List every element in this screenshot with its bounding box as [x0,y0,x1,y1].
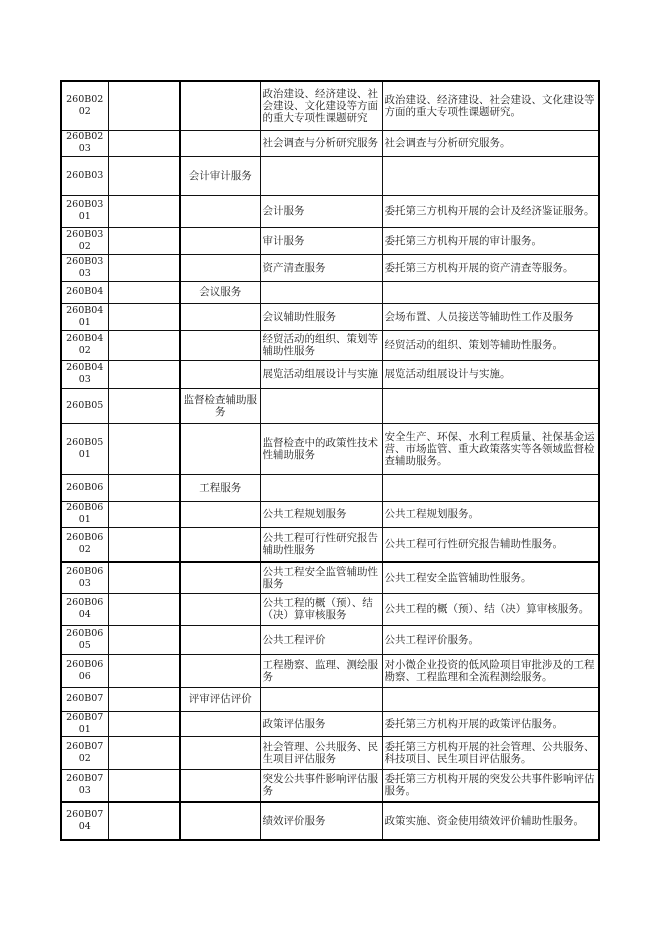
category-cell[interactable] [180,360,260,388]
blank-cell[interactable] [108,281,180,303]
blank-cell[interactable] [108,254,180,281]
table-row: 260B0402 经贸活动的组织、策划等辅助性服务 经贸活动的组织、策划等辅助性… [61,330,599,360]
item-name: 政治建设、经济建设、社会建设、文化建设等方面的重大专项性课题研究 [263,88,379,124]
description-cell[interactable]: 公共工程可行性研究报告辅助性服务。 [382,527,599,562]
item-name-cell[interactable] [260,687,382,711]
category-cell[interactable] [180,303,260,330]
description-cell[interactable]: 委托第三方机构开展的突发公共事件影响评估服务。 [382,769,599,802]
item-name: 社会调查与分析研究服务 [263,137,379,149]
category-cell[interactable] [180,423,260,474]
table-row: 260B0703 突发公共事件影响评估服务 委托第三方机构开展的突发公共事件影响… [61,769,599,802]
item-code-cell[interactable]: 260B0605 [61,625,108,654]
table-row: 260B0704 绩效评价服务 政策实施、资金使用绩效评价辅助性服务。 [61,802,599,840]
item-code-cell[interactable]: 260B05 [61,388,108,423]
item-code-cell[interactable]: 260B0202 [61,81,108,130]
blank-cell[interactable] [108,654,180,687]
description-cell[interactable]: 社会调查与分析研究服务。 [382,130,599,156]
item-code-cell[interactable]: 260B04 [61,281,108,303]
table-row: 260B05 监督检查辅助服务 [61,388,599,423]
item-description: 社会调查与分析研究服务。 [385,137,511,149]
description-cell[interactable]: 委托第三方机构开展的政策评估服务。 [382,711,599,736]
category-cell[interactable] [180,330,260,360]
blank-cell[interactable] [108,736,180,769]
item-code-cell[interactable]: 260B0701 [61,711,108,736]
category-cell[interactable] [180,81,260,130]
blank-cell[interactable] [108,195,180,227]
table-row: 260B0602 公共工程可行性研究报告辅助性服务 公共工程可行性研究报告辅助性… [61,527,599,562]
item-name-cell[interactable]: 公共工程安全监管辅助性服务 [260,562,382,593]
item-description: 会场布置、人员接送等辅助性工作及服务 [385,311,574,323]
blank-cell[interactable] [108,687,180,711]
blank-cell[interactable] [108,303,180,330]
item-name-cell[interactable] [260,156,382,195]
item-name: 经贸活动的组织、策划等辅助性服务 [263,333,379,357]
item-description: 委托第三方机构开展的政策评估服务。 [385,718,564,730]
item-code: 260B03 [66,170,103,181]
item-name-cell[interactable]: 突发公共事件影响评估服务 [260,769,382,802]
item-code: 260B0703 [66,773,103,796]
table-row: 260B04 会议服务 [61,281,599,303]
description-cell[interactable] [382,156,599,195]
item-name-cell[interactable]: 公共工程规划服务 [260,501,382,527]
item-code-cell[interactable]: 260B0402 [61,330,108,360]
description-cell[interactable]: 展览活动组展设计与实施。 [382,360,599,388]
item-code: 260B0203 [66,131,103,154]
description-cell[interactable]: 公共工程评价服务。 [382,625,599,654]
item-code: 260B0606 [66,659,103,682]
item-code-cell[interactable]: 260B0501 [61,423,108,474]
item-name: 展览活动组展设计与实施 [263,368,379,380]
table-row: 260B0702 社会管理、公共服务、民生项目评估服务 委托第三方机构开展的社会… [61,736,599,769]
table-row: 260B07 评审评估评价 [61,687,599,711]
category-cell[interactable] [180,736,260,769]
item-code: 260B0402 [66,333,103,356]
item-name: 公共工程的概（预）、结（决）算审核服务 [263,597,373,621]
item-name: 政策评估服务 [263,718,326,730]
item-name-cell[interactable]: 政治建设、经济建设、社会建设、文化建设等方面的重大专项性课题研究 [260,81,382,130]
category-cell[interactable]: 会议服务 [180,281,260,303]
item-code-cell[interactable]: 260B06 [61,474,108,501]
category-name: 会计审计服务 [189,170,252,182]
blank-cell[interactable] [108,388,180,423]
table-row: 260B0302 审计服务 委托第三方机构开展的审计服务。 [61,227,599,254]
description-cell[interactable] [382,388,599,423]
item-code-cell[interactable]: 260B0603 [61,562,108,593]
item-name: 审计服务 [263,235,305,247]
table-row: 260B0301 会计服务 委托第三方机构开展的会计及经济鉴证服务。 [61,195,599,227]
item-code-cell[interactable]: 260B0702 [61,736,108,769]
item-name-cell[interactable]: 展览活动组展设计与实施 [260,360,382,388]
description-cell[interactable]: 政治建设、经济建设、社会建设、文化建设等方面的重大专项性课题研究。 [382,81,599,130]
description-cell[interactable]: 委托第三方机构开展的资产清查等服务。 [382,254,599,281]
item-name: 工程勘察、监理、测绘服务 [263,659,379,683]
category-cell[interactable] [180,130,260,156]
item-name: 社会管理、公共服务、民生项目评估服务 [263,741,379,765]
blank-cell[interactable] [108,156,180,195]
blank-cell[interactable] [108,130,180,156]
blank-cell[interactable] [108,423,180,474]
item-name-cell[interactable]: 政策评估服务 [260,711,382,736]
item-name-cell[interactable]: 公共工程评价 [260,625,382,654]
category-cell[interactable] [180,254,260,281]
item-description: 对小微企业投资的低风险项目审批涉及的工程勘察、工程监理和全流程测绘服务。 [385,659,595,683]
item-code-cell[interactable]: 260B0401 [61,303,108,330]
item-name-cell[interactable]: 社会管理、公共服务、民生项目评估服务 [260,736,382,769]
item-code-cell[interactable]: 260B0604 [61,593,108,625]
blank-cell[interactable] [108,562,180,593]
item-code: 260B0302 [66,229,103,252]
item-code: 260B0601 [66,502,103,525]
item-code: 260B0501 [66,437,103,460]
table-row: 260B0403 展览活动组展设计与实施 展览活动组展设计与实施。 [61,360,599,388]
table-row: 260B0501 监督检查中的政策性技术性辅助服务 安全生产、环保、水利工程质量… [61,423,599,474]
item-name: 监督检查中的政策性技术性辅助服务 [263,437,379,461]
description-cell[interactable]: 会场布置、人员接送等辅助性工作及服务 [382,303,599,330]
item-code: 260B0401 [66,305,103,328]
item-name-cell[interactable] [260,388,382,423]
item-code-cell[interactable]: 260B0704 [61,802,108,840]
blank-cell[interactable] [108,81,180,130]
table-row: 260B0605 公共工程评价 公共工程评价服务。 [61,625,599,654]
item-code: 260B05 [66,400,103,411]
item-code: 260B06 [66,482,103,493]
item-code-cell[interactable]: 260B0602 [61,527,108,562]
item-name-cell[interactable]: 监督检查中的政策性技术性辅助服务 [260,423,382,474]
blank-cell[interactable] [108,227,180,254]
description-cell[interactable]: 安全生产、环保、水利工程质量、社保基金运营、市场监管、重大政策落实等各领域监督检… [382,423,599,474]
item-code: 260B0603 [66,566,103,589]
item-description: 公共工程可行性研究报告辅助性服务。 [385,538,564,550]
table-row: 260B0603 公共工程安全监管辅助性服务 公共工程安全监管辅助性服务。 [61,562,599,593]
item-description: 公共工程的概（预）、结（决）算审核服务。 [385,603,590,615]
item-description: 委托第三方机构开展的社会管理、公共服务、科技项目、民生项目评估服务。 [385,741,595,765]
table-row: 260B0701 政策评估服务 委托第三方机构开展的政策评估服务。 [61,711,599,736]
description-cell[interactable]: 公共工程规划服务。 [382,501,599,527]
description-cell[interactable] [382,687,599,711]
description-cell[interactable]: 委托第三方机构开展的审计服务。 [382,227,599,254]
item-description: 委托第三方机构开展的会计及经济鉴证服务。 [385,205,595,217]
category-cell[interactable] [180,802,260,840]
item-code-cell[interactable]: 260B0301 [61,195,108,227]
item-description: 公共工程安全监管辅助性服务。 [385,572,532,584]
item-code-cell[interactable]: 260B0601 [61,501,108,527]
blank-cell[interactable] [108,769,180,802]
item-description: 公共工程规划服务。 [385,508,480,520]
description-cell[interactable]: 委托第三方机构开展的社会管理、公共服务、科技项目、民生项目评估服务。 [382,736,599,769]
item-code-cell[interactable]: 260B03 [61,156,108,195]
table-row: 260B0601 公共工程规划服务 公共工程规划服务。 [61,501,599,527]
description-cell[interactable] [382,281,599,303]
item-name: 会计服务 [263,205,305,217]
category-cell[interactable]: 评审评估评价 [180,687,260,711]
item-description: 政治建设、经济建设、社会建设、文化建设等方面的重大专项性课题研究。 [385,94,595,118]
item-code: 260B0403 [66,362,103,385]
blank-cell[interactable] [108,711,180,736]
table-row: 260B06 工程服务 [61,474,599,501]
item-code: 260B0701 [66,712,103,735]
item-name-cell[interactable]: 资产清查服务 [260,254,382,281]
table-row: 260B0202 政治建设、经济建设、社会建设、文化建设等方面的重大专项性课题研… [61,81,599,130]
item-name: 公共工程规划服务 [263,508,347,520]
description-cell[interactable] [382,474,599,501]
category-cell[interactable]: 工程服务 [180,474,260,501]
item-description: 安全生产、环保、水利工程质量、社保基金运营、市场监管、重大政策落实等各领域监督检… [385,431,595,467]
item-code: 260B0605 [66,628,103,651]
item-name: 资产清查服务 [263,262,326,274]
item-name-cell[interactable]: 会计服务 [260,195,382,227]
blank-cell[interactable] [108,527,180,562]
item-name-cell[interactable] [260,474,382,501]
item-description: 展览活动组展设计与实施。 [385,368,511,380]
item-name-cell[interactable]: 社会调查与分析研究服务 [260,130,382,156]
item-description: 经贸活动的组织、策划等辅助性服务。 [385,339,564,351]
item-name: 绩效评价服务 [263,815,326,827]
item-code: 260B0303 [66,256,103,279]
blank-cell[interactable] [108,625,180,654]
description-cell[interactable]: 对小微企业投资的低风险项目审批涉及的工程勘察、工程监理和全流程测绘服务。 [382,654,599,687]
item-description: 委托第三方机构开展的审计服务。 [385,235,543,247]
item-name-cell[interactable]: 公共工程可行性研究报告辅助性服务 [260,527,382,562]
item-name: 突发公共事件影响评估服务 [263,773,379,797]
category-cell[interactable] [180,625,260,654]
table-row: 260B0303 资产清查服务 委托第三方机构开展的资产清查等服务。 [61,254,599,281]
item-name-cell[interactable] [260,281,382,303]
spreadsheet-page: 260B0202 政治建设、经济建设、社会建设、文化建设等方面的重大专项性课题研… [60,80,598,841]
item-code-cell[interactable]: 260B0606 [61,654,108,687]
description-cell[interactable]: 政策实施、资金使用绩效评价辅助性服务。 [382,802,599,840]
category-name: 工程服务 [199,482,241,494]
category-name: 评审评估评价 [189,693,252,705]
description-cell[interactable]: 委托第三方机构开展的会计及经济鉴证服务。 [382,195,599,227]
category-name: 会议服务 [199,286,241,298]
item-code-cell[interactable]: 260B0403 [61,360,108,388]
blank-cell[interactable] [108,360,180,388]
item-code-cell[interactable]: 260B0203 [61,130,108,156]
category-cell[interactable]: 会计审计服务 [180,156,260,195]
item-code: 260B04 [66,286,103,297]
item-code: 260B0301 [66,199,103,222]
category-cell[interactable] [180,227,260,254]
item-name-cell[interactable]: 审计服务 [260,227,382,254]
category-cell[interactable] [180,593,260,625]
table-row: 260B0203 社会调查与分析研究服务 社会调查与分析研究服务。 [61,130,599,156]
blank-cell[interactable] [108,474,180,501]
blank-cell[interactable] [108,593,180,625]
category-cell[interactable] [180,195,260,227]
service-catalog-table: 260B0202 政治建设、经济建设、社会建设、文化建设等方面的重大专项性课题研… [60,80,600,841]
item-code-cell[interactable]: 260B0703 [61,769,108,802]
item-name: 会议辅助性服务 [263,311,337,323]
table-row: 260B0401 会议辅助性服务 会场布置、人员接送等辅助性工作及服务 [61,303,599,330]
table-row: 260B03 会计审计服务 [61,156,599,195]
item-name-cell[interactable]: 经贸活动的组织、策划等辅助性服务 [260,330,382,360]
item-code-cell[interactable]: 260B0303 [61,254,108,281]
item-description: 委托第三方机构开展的突发公共事件影响评估服务。 [385,773,595,797]
item-name-cell[interactable]: 会议辅助性服务 [260,303,382,330]
category-cell[interactable] [180,562,260,593]
item-code: 260B0202 [66,94,103,117]
description-cell[interactable]: 公共工程安全监管辅助性服务。 [382,562,599,593]
blank-cell[interactable] [108,501,180,527]
item-name: 公共工程可行性研究报告辅助性服务 [263,532,379,556]
table-row: 260B0606 工程勘察、监理、测绘服务 对小微企业投资的低风险项目审批涉及的… [61,654,599,687]
category-cell[interactable] [180,769,260,802]
description-cell[interactable]: 公共工程的概（预）、结（决）算审核服务。 [382,593,599,625]
category-cell[interactable] [180,527,260,562]
blank-cell[interactable] [108,802,180,840]
item-name-cell[interactable]: 工程勘察、监理、测绘服务 [260,654,382,687]
item-code-cell[interactable]: 260B07 [61,687,108,711]
item-description: 委托第三方机构开展的资产清查等服务。 [385,262,574,274]
table-row: 260B0604 公共工程的概（预）、结（决）算审核服务 公共工程的概（预）、结… [61,593,599,625]
category-cell[interactable]: 监督检查辅助服务 [180,388,260,423]
blank-cell[interactable] [108,330,180,360]
item-code: 260B0604 [66,597,103,620]
item-code-cell[interactable]: 260B0302 [61,227,108,254]
category-cell[interactable] [180,654,260,687]
item-name-cell[interactable]: 绩效评价服务 [260,802,382,840]
item-description: 公共工程评价服务。 [385,634,480,646]
item-description: 政策实施、资金使用绩效评价辅助性服务。 [385,815,585,827]
item-name-cell[interactable]: 公共工程的概（预）、结（决）算审核服务 [260,593,382,625]
category-name: 监督检查辅助服务 [184,394,258,418]
item-code: 260B0602 [66,532,103,555]
item-code: 260B07 [66,693,103,704]
item-name: 公共工程安全监管辅助性服务 [263,566,379,590]
category-cell[interactable] [180,501,260,527]
item-name: 公共工程评价 [263,634,326,646]
category-cell[interactable] [180,711,260,736]
description-cell[interactable]: 经贸活动的组织、策划等辅助性服务。 [382,330,599,360]
item-code: 260B0704 [66,809,103,832]
item-code: 260B0702 [66,741,103,764]
